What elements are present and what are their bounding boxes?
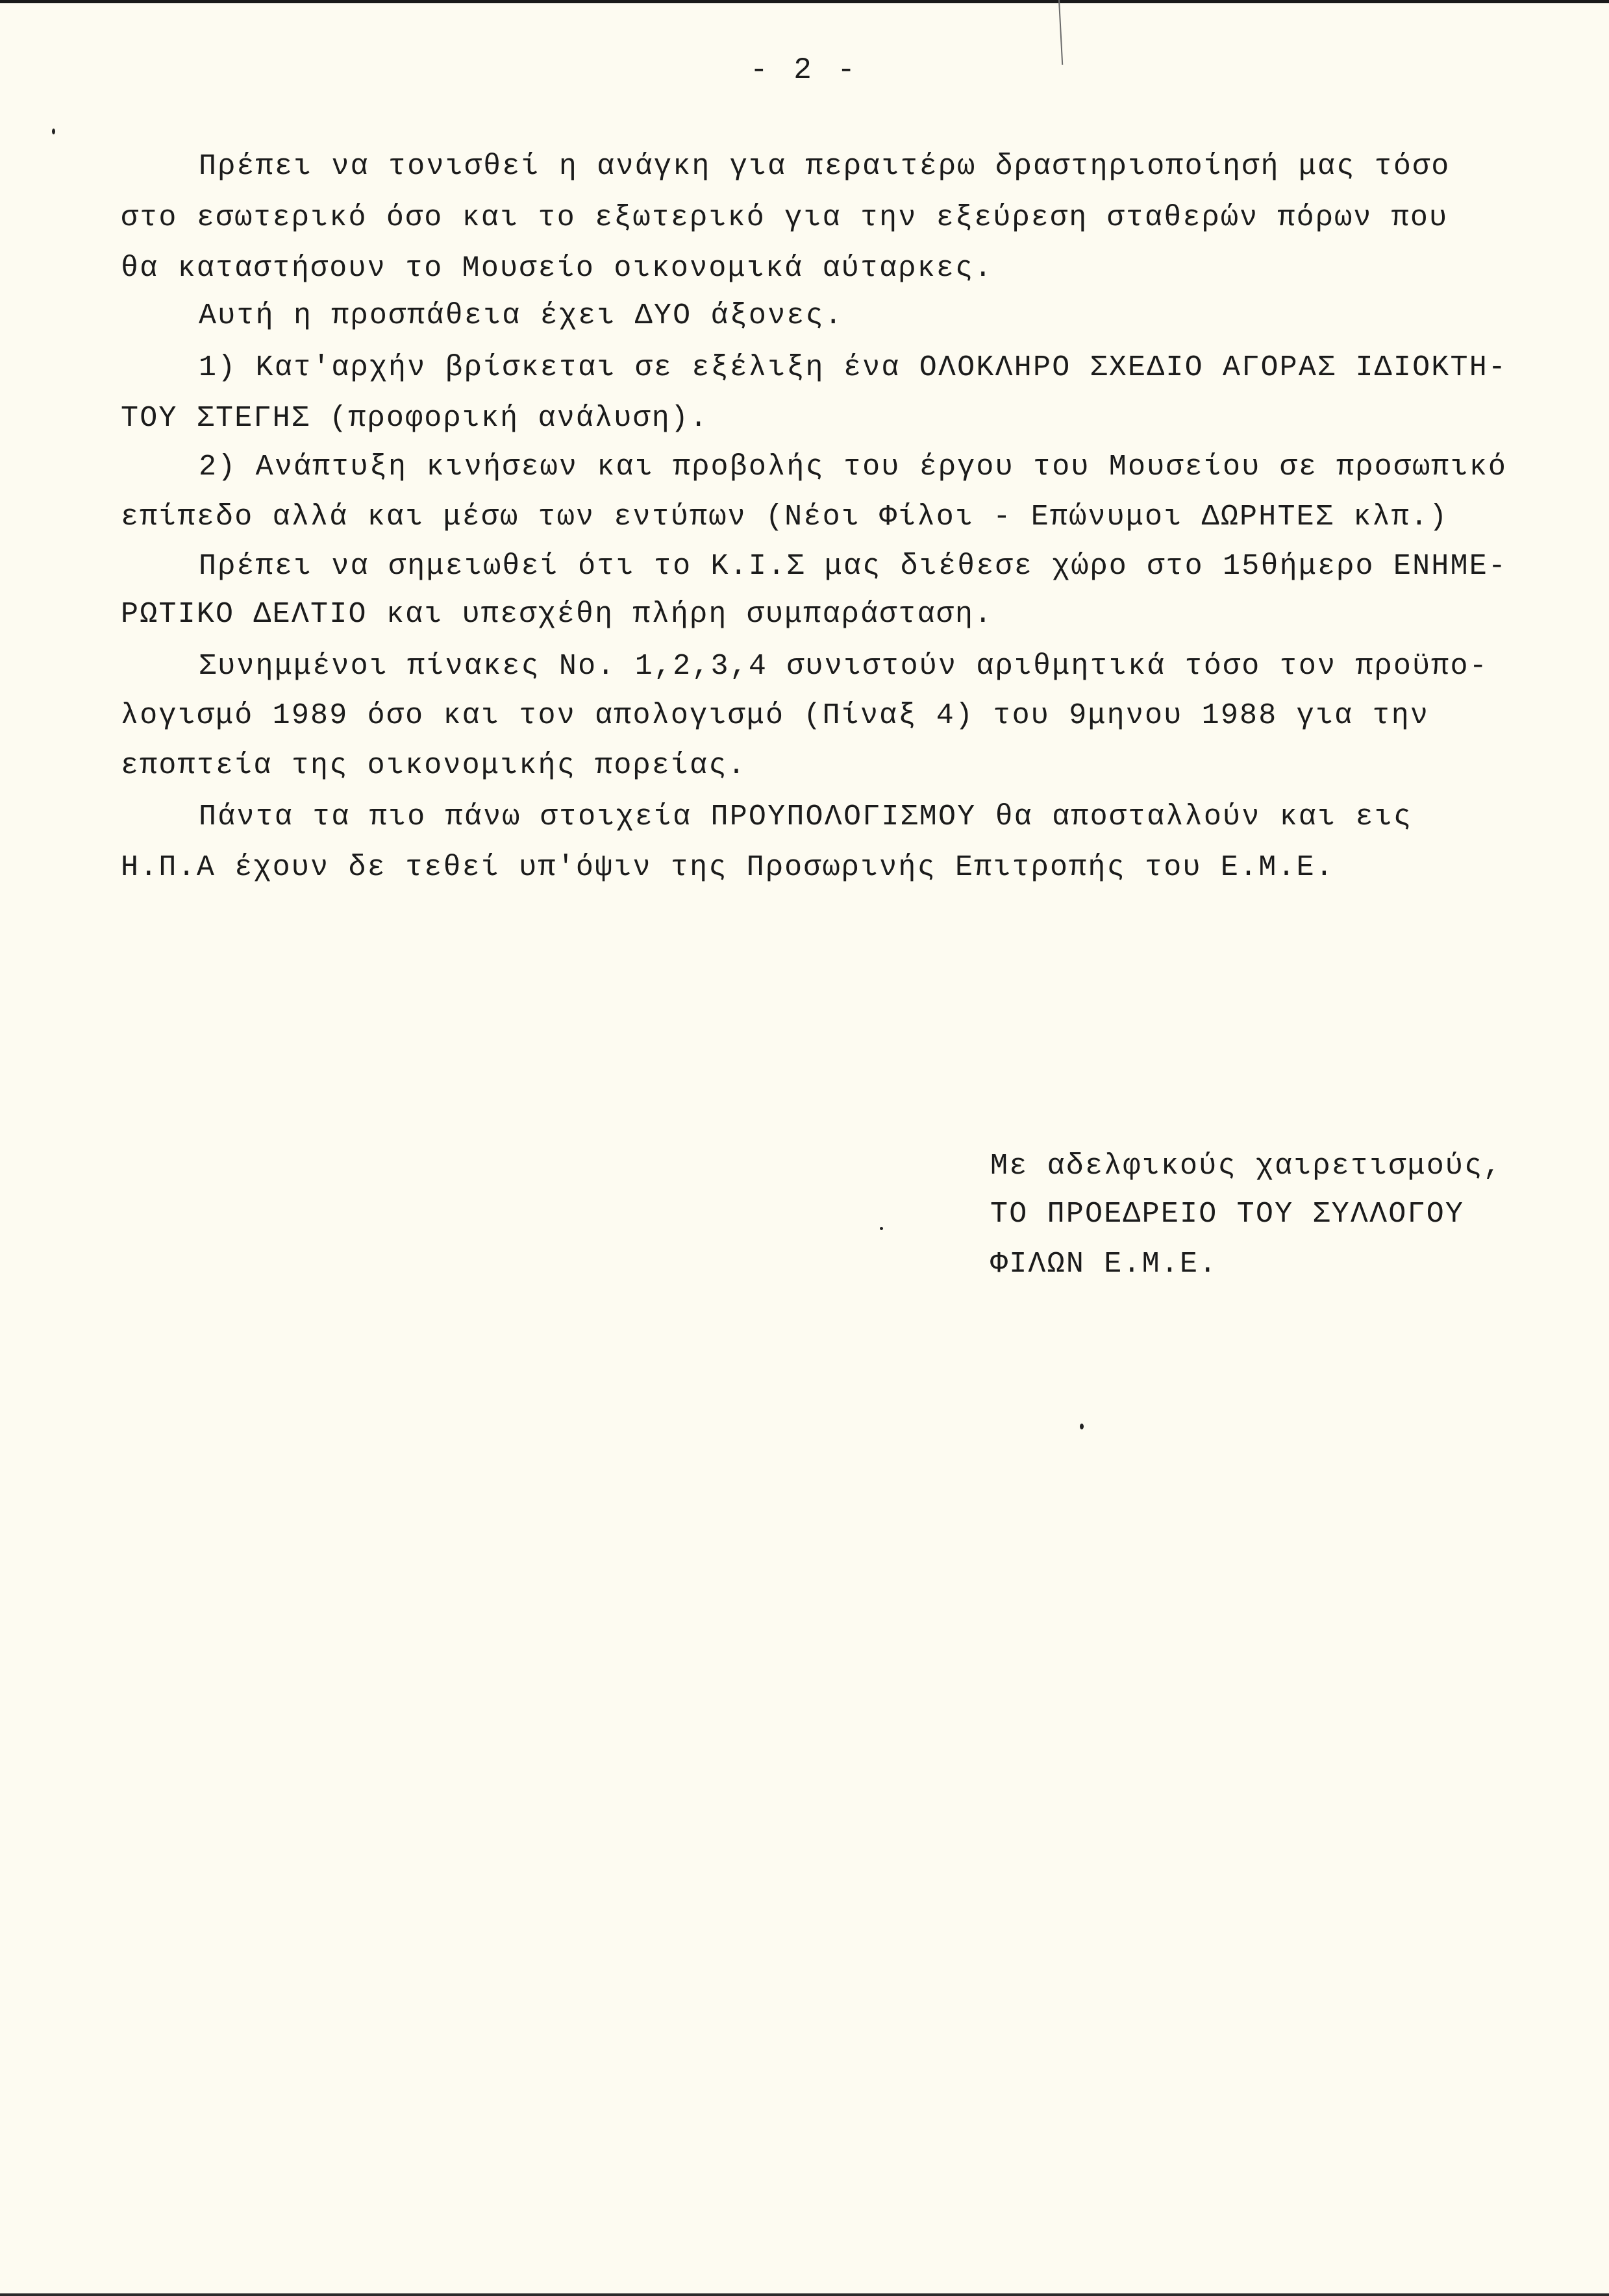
body-line: Αυτή η προσπάθεια έχει ΔΥΟ άξονες. <box>199 301 843 330</box>
page-number: - 2 - <box>0 53 1609 87</box>
scan-speck <box>880 1227 883 1230</box>
body-line: Η.Π.Α έχουν δε τεθεί υπ'όψιν της Προσωρι… <box>121 853 1334 882</box>
body-line: επίπεδο αλλά και μέσω των εντύπων (Νέοι … <box>121 502 1448 532</box>
scan-speck <box>1080 1424 1084 1429</box>
signatory-org-line-2: ΦΙΛΩΝ Ε.Μ.Ε. <box>990 1250 1217 1279</box>
body-line: Πρέπει να τονισθεί η ανάγκη για περαιτέρ… <box>199 152 1451 181</box>
body-line: 2) Ανάπτυξη κινήσεων και προβολής του έρ… <box>199 452 1507 482</box>
body-line: 1) Κατ'αρχήν βρίσκεται σε εξέλιξη ένα ΟΛ… <box>199 353 1507 382</box>
body-line: λογισμό 1989 όσο και τον απολογισμό (Πίν… <box>121 701 1429 730</box>
body-line: θα καταστήσουν το Μουσείο οικονομικά αύτ… <box>121 254 993 283</box>
body-line: ΤΟΥ ΣΤΕΓΗΣ (προφορική ανάλυση). <box>121 404 708 433</box>
signatory-org-line-1: ΤΟ ΠΡΟΕΔΡΕΙΟ ΤΟΥ ΣΥΛΛΟΓΟΥ <box>990 1200 1464 1229</box>
body-line: στο εσωτερικό όσο και το εξωτερικό για τ… <box>121 203 1448 232</box>
body-line: εποπτεία της οικονομικής πορείας. <box>121 751 747 780</box>
body-line: Πάντα τα πιο πάνω στοιχεία ΠΡΟΥΠΟΛΟΓΙΣΜΟ… <box>199 802 1412 832</box>
scan-bottom-edge <box>0 2293 1609 2296</box>
scan-speck <box>52 129 55 134</box>
body-line: ΡΩΤΙΚΟ ΔΕΛΤΙΟ και υπεσχέθη πλήρη συμπαρά… <box>121 600 993 629</box>
closing-salutation: Με αδελφικούς χαιρετισμούς, <box>990 1152 1503 1181</box>
body-line: Πρέπει να σημειωθεί ότι το Κ.Ι.Σ μας διέ… <box>199 552 1507 581</box>
scan-top-edge <box>0 0 1609 3</box>
body-line: Συνημμένοι πίνακες Νο. 1,2,3,4 συνιστούν… <box>199 652 1488 681</box>
